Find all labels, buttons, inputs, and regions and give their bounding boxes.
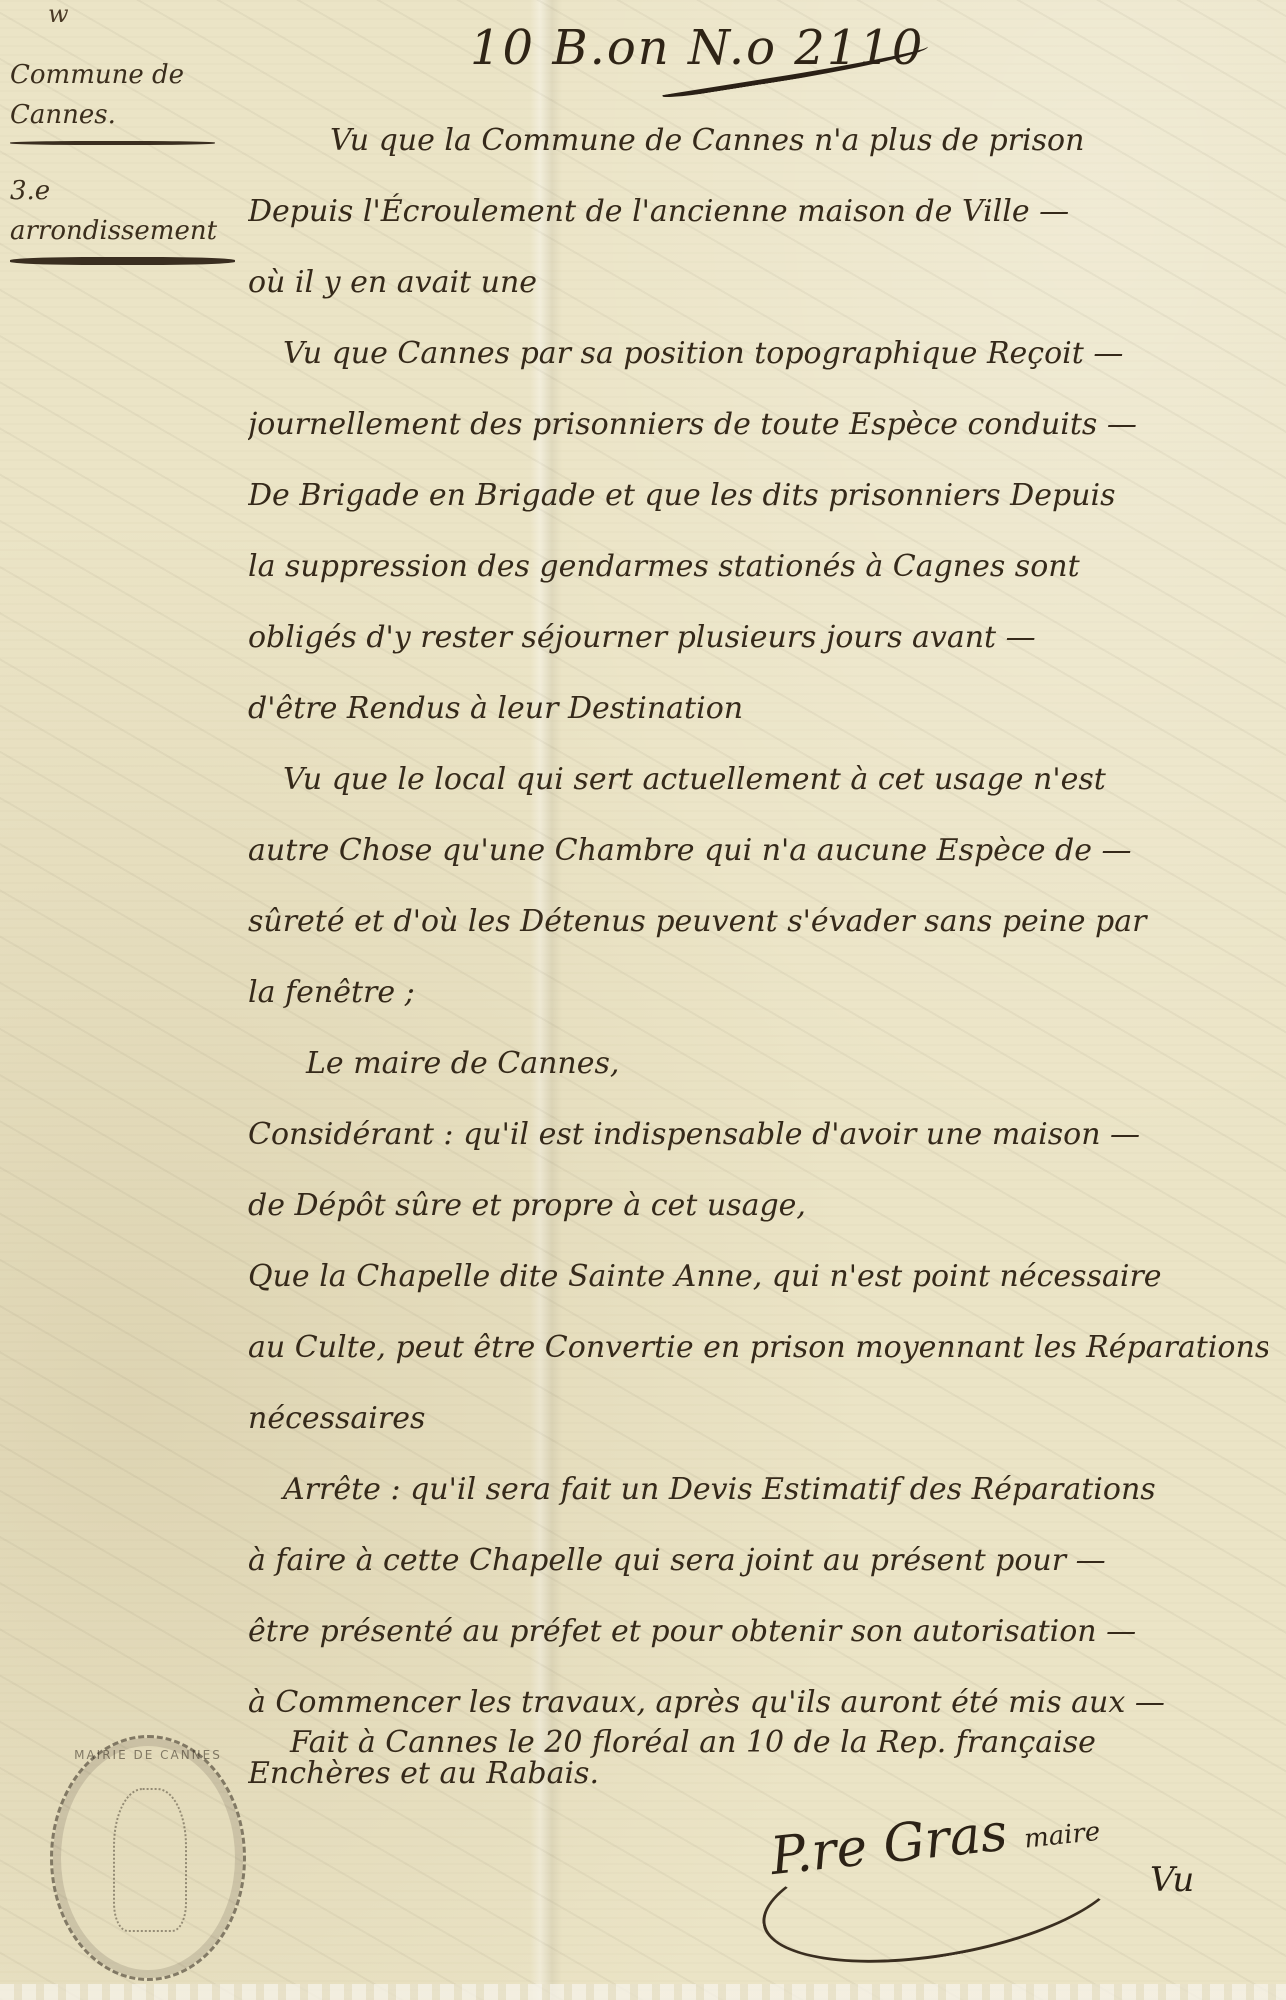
margin-rule: [10, 141, 215, 145]
text-line: Considérant : qu'il est indispensable d'…: [248, 1099, 1268, 1170]
text-line: De Brigade en Brigade et que les dits pr…: [248, 460, 1268, 531]
text-line: où il y en avait une: [248, 247, 1268, 318]
text-line: d'être Rendus à leur Destination: [248, 673, 1268, 744]
text-line: Vu que le local qui sert actuellement à …: [248, 744, 1268, 815]
text-line: obligés d'y rester séjourner plusieurs j…: [248, 602, 1268, 673]
commune-name: Cannes.: [10, 95, 250, 135]
commune-label: Commune de: [10, 55, 250, 95]
text-line: Vu que Cannes par sa position topographi…: [248, 318, 1268, 389]
manuscript-page: w 10 B.on N.o 2110 Commune de Cannes. 3.…: [0, 0, 1286, 2000]
text-line: au Culte, peut être Convertie en prison …: [248, 1312, 1268, 1383]
text-line: nécessaires: [248, 1383, 1268, 1454]
text-line: journellement des prisonniers de toute E…: [248, 389, 1268, 460]
decree-body: Vu que la Commune de Cannes n'a plus de …: [248, 105, 1268, 1809]
text-line: autre Chose qu'une Chambre qui n'a aucun…: [248, 815, 1268, 886]
text-line: Le maire de Cannes,: [248, 1028, 1268, 1099]
torn-paper-edge: [0, 1984, 1286, 2000]
text-line: la suppression des gendarmes stationés à…: [248, 531, 1268, 602]
dating-clause: Fait à Cannes le 20 floréal an 10 de la …: [290, 1725, 1096, 1760]
signature-title: maire: [1023, 1817, 1102, 1855]
text-line: Depuis l'Écroulement de l'ancienne maiso…: [248, 176, 1268, 247]
margin-header: Commune de Cannes. 3.e arrondissement: [10, 55, 250, 291]
text-line: de Dépôt sûre et propre à cet usage,: [248, 1170, 1268, 1241]
text-line: sûreté et d'où les Détenus peuvent s'éva…: [248, 886, 1268, 957]
mayor-signature: P.re Gras maire: [760, 1790, 1180, 1960]
text-line: être présenté au préfet et pour obtenir …: [248, 1596, 1268, 1667]
corner-mark: w: [48, 0, 69, 28]
text-line: Vu que la Commune de Cannes n'a plus de …: [248, 105, 1268, 176]
margin-rule: [10, 257, 235, 265]
text-line: Arrête : qu'il sera fait un Devis Estima…: [248, 1454, 1268, 1525]
approval-mark: Vu: [1150, 1860, 1194, 1900]
seal-legend: MAIRIE DE CANNES: [53, 1748, 243, 1762]
signature-prefix: P.re: [768, 1817, 870, 1887]
mairie-seal-stamp: MAIRIE DE CANNES: [50, 1735, 246, 1981]
text-line: la fenêtre ;: [248, 957, 1268, 1028]
text-line: à faire à cette Chapelle qui sera joint …: [248, 1525, 1268, 1596]
seal-figure-icon: [113, 1788, 187, 1932]
text-line: Que la Chapelle dite Sainte Anne, qui n'…: [248, 1241, 1268, 1312]
arrondissement-label: 3.e arrondissement: [10, 171, 250, 251]
